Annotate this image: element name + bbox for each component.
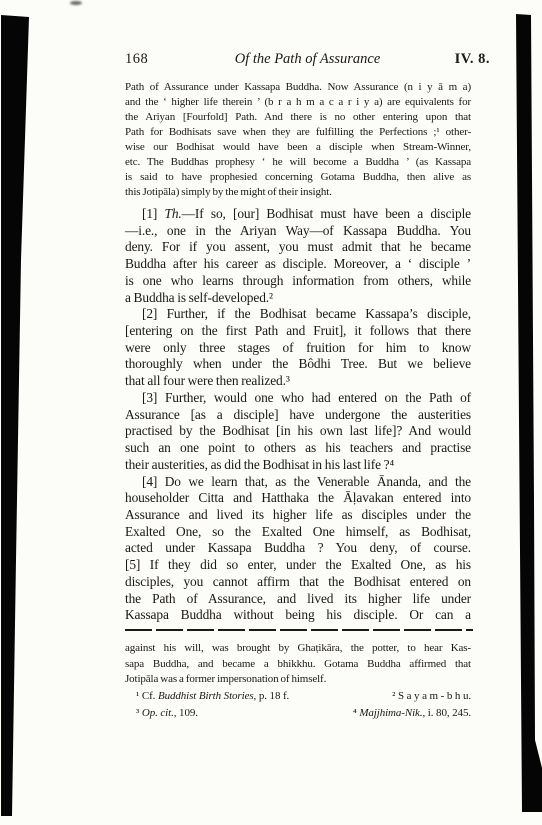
- italic-text: Buddhist Birth Stories: [158, 690, 254, 702]
- book-page: 168 Of the Path of Assurance IV. 8. Path…: [0, 0, 542, 825]
- text-line: [2] Further, if the Bodhisat became Kass…: [125, 306, 471, 323]
- text-run: disciples, you cannot affirm that the Bo…: [125, 574, 471, 589]
- text-line: acted under Kassapa Buddha ? You deny, o…: [125, 540, 471, 557]
- text-line: [entering on the first Path and Fruit], …: [125, 323, 471, 340]
- text-run: sapa Buddha, and became a bhikkhu. Gotam…: [125, 658, 471, 670]
- text-run: , i. 80, 245.: [422, 707, 471, 719]
- scan-binding-bar-left: [0, 0, 34, 825]
- text-line: this Jotipāla) simply by the might of th…: [125, 185, 471, 200]
- text-run: Assurance [as a disciple] have undergone…: [125, 407, 471, 422]
- footnote-row: ³ Op. cit., 109.⁴ Majjhima-Nik., i. 80, …: [125, 705, 471, 722]
- text-run: this Jotipāla) simply by the might of th…: [125, 186, 332, 198]
- text-run: , p. 18 f.: [254, 690, 290, 702]
- paragraph-3: [3] Further, would one who had entered o…: [125, 390, 471, 474]
- text-line: is said to have prophesied concerning Go…: [125, 170, 471, 185]
- text-run: Kassapa Buddha without being his discipl…: [125, 607, 471, 622]
- text-line: Kassapa Buddha without being his discipl…: [125, 607, 471, 624]
- text-run: the Ariyan [Fourfold] Path. And there is…: [125, 111, 471, 123]
- text-line: etc. The Buddhas prophesy ‘ he will beco…: [125, 155, 471, 170]
- text-run: , 109.: [174, 707, 198, 719]
- text-line: sapa Buddha, and became a bhikkhu. Gotam…: [125, 657, 471, 673]
- text-run: the Path of Assurance, and lived its hig…: [125, 591, 471, 606]
- text-run: [5] If they did so enter, under the Exal…: [125, 557, 471, 572]
- text-run: practised by the Bodhisat [in his own la…: [125, 423, 471, 438]
- text-line: practised by the Bodhisat [in his own la…: [125, 423, 471, 440]
- text-run: Path for Bodhisats save when they are fu…: [125, 126, 471, 138]
- text-run: is said to have prophesied concerning Go…: [125, 171, 471, 183]
- footnote-entry-left: ³ Op. cit., 109.: [125, 705, 198, 722]
- running-title: Of the Path of Assurance: [195, 51, 420, 68]
- italic-text: Op. cit.: [142, 707, 174, 719]
- text-run: Exalted One, so the Exalted One himself,…: [125, 524, 471, 539]
- text-run: Buddha after his career as disciple. Mor…: [125, 256, 471, 271]
- text-line: Jotipāla was a former impersonation of h…: [125, 672, 471, 688]
- text-run: Jotipāla was a former impersonation of h…: [125, 673, 326, 685]
- footnote-entry-right: ⁴ Majjhima-Nik., i. 80, 245.: [353, 705, 471, 722]
- text-run: [3] Further, would one who had entered o…: [142, 390, 471, 405]
- page-header: 168 Of the Path of Assurance IV. 8.: [125, 51, 490, 68]
- text-run: their austerities, as did the Bodhisat i…: [125, 457, 394, 472]
- footnote-references: ¹ Cf. Buddhist Birth Stories, p. 18 f.² …: [125, 688, 471, 721]
- text-line: is one who learns through information fr…: [125, 273, 471, 290]
- text-line: Path for Bodhisats save when they are fu…: [125, 125, 471, 140]
- text-run: Path of Assurance under Kassapa Buddha. …: [125, 81, 471, 93]
- text-line: wise our Bodhisat would have been a disc…: [125, 140, 471, 155]
- intro-paragraph: Path of Assurance under Kassapa Buddha. …: [125, 80, 471, 200]
- text-run: [4] Do we learn that, as the Venerable Ā…: [142, 474, 471, 489]
- text-run: a Buddha is self-developed.²: [125, 290, 273, 305]
- text-run: householder Citta and Hatthaka the Āḷava…: [125, 490, 471, 505]
- text-line: the Ariyan [Fourfold] Path. And there is…: [125, 110, 471, 125]
- footnote-continuation: against his will, was brought by Ghaṭikā…: [125, 641, 471, 688]
- text-run: is one who learns through information fr…: [125, 273, 471, 288]
- text-run: that all four were then realized.³: [125, 373, 290, 388]
- text-line: their austerities, as did the Bodhisat i…: [125, 457, 471, 474]
- text-line: —i.e., one in the Ariyan Way—of Kassapa …: [125, 223, 471, 240]
- text-run: ¹ Cf.: [136, 690, 158, 702]
- footnote-entry-left: ¹ Cf. Buddhist Birth Stories, p. 18 f.: [125, 688, 289, 705]
- text-line: a Buddha is self-developed.²: [125, 290, 471, 307]
- text-line: Assurance [as a disciple] have undergone…: [125, 407, 471, 424]
- text-line: [4] Do we learn that, as the Venerable Ā…: [125, 474, 471, 491]
- text-run: deny. For if you assent, you must admit …: [125, 239, 471, 254]
- text-line: Assurance and lived its higher life as d…: [125, 507, 471, 524]
- text-line: thoroughly when under the Bôdhi Tree. Bu…: [125, 356, 471, 373]
- text-line: disciples, you cannot affirm that the Bo…: [125, 574, 471, 591]
- text-run: thoroughly when under the Bôdhi Tree. Bu…: [125, 356, 471, 371]
- text-line: the Path of Assurance, and lived its hig…: [125, 591, 471, 608]
- text-line: such an one point to others as his teach…: [125, 440, 471, 457]
- paragraph-1: [1] Th.—If so, [our] Bodhisat must have …: [125, 206, 471, 306]
- section-number: IV. 8.: [420, 51, 490, 68]
- text-line: deny. For if you assent, you must admit …: [125, 239, 471, 256]
- footnote-entry-right: ² S a y a m - b h u.: [392, 688, 471, 705]
- scan-smudge: [70, 1, 82, 5]
- italic-text: Th.: [165, 206, 182, 221]
- paragraph-4: [4] Do we learn that, as the Venerable Ā…: [125, 474, 471, 624]
- italic-text: Majjhima-Nik.: [359, 707, 422, 719]
- text-run: [entering on the first Path and Fruit], …: [125, 323, 471, 338]
- text-line: Path of Assurance under Kassapa Buddha. …: [125, 80, 471, 95]
- text-line: [5] If they did so enter, under the Exal…: [125, 557, 471, 574]
- text-run: [1]: [142, 206, 165, 221]
- footnote-rule: [125, 629, 473, 631]
- text-line: [1] Th.—If so, [our] Bodhisat must have …: [125, 206, 471, 223]
- text-run: such an one point to others as his teach…: [125, 440, 471, 455]
- main-text: [1] Th.—If so, [our] Bodhisat must have …: [125, 206, 471, 624]
- text-run: were only three stages of fruition for h…: [125, 340, 471, 355]
- text-run: acted under Kassapa Buddha ? You deny, o…: [125, 540, 471, 555]
- text-run: ² S a y a m - b h u.: [392, 690, 471, 702]
- text-line: against his will, was brought by Ghaṭikā…: [125, 641, 471, 657]
- scan-binding-bar-right: [512, 0, 542, 825]
- text-run: [2] Further, if the Bodhisat became Kass…: [142, 306, 471, 321]
- text-line: Buddha after his career as disciple. Mor…: [125, 256, 471, 273]
- text-line: that all four were then realized.³: [125, 373, 471, 390]
- text-run: —i.e., one in the Ariyan Way—of Kassapa …: [125, 223, 471, 238]
- text-line: Exalted One, so the Exalted One himself,…: [125, 524, 471, 541]
- paragraph-2: [2] Further, if the Bodhisat became Kass…: [125, 306, 471, 390]
- footnote-row: ¹ Cf. Buddhist Birth Stories, p. 18 f.² …: [125, 688, 471, 705]
- text-line: were only three stages of fruition for h…: [125, 340, 471, 357]
- text-run: wise our Bodhisat would have been a disc…: [125, 141, 471, 153]
- text-line: and the ‘ higher life therein ’ (b r a h…: [125, 95, 471, 110]
- text-run: —If so, [our] Bodhisat must have been a …: [182, 206, 471, 221]
- text-line: householder Citta and Hatthaka the Āḷava…: [125, 490, 471, 507]
- text-run: against his will, was brought by Ghaṭikā…: [125, 642, 471, 654]
- text-line: [3] Further, would one who had entered o…: [125, 390, 471, 407]
- text-run: and the ‘ higher life therein ’ (b r a h…: [125, 96, 471, 108]
- page-number: 168: [125, 51, 195, 68]
- text-run: Assurance and lived its higher life as d…: [125, 507, 471, 522]
- text-run: etc. The Buddhas prophesy ‘ he will beco…: [125, 156, 471, 168]
